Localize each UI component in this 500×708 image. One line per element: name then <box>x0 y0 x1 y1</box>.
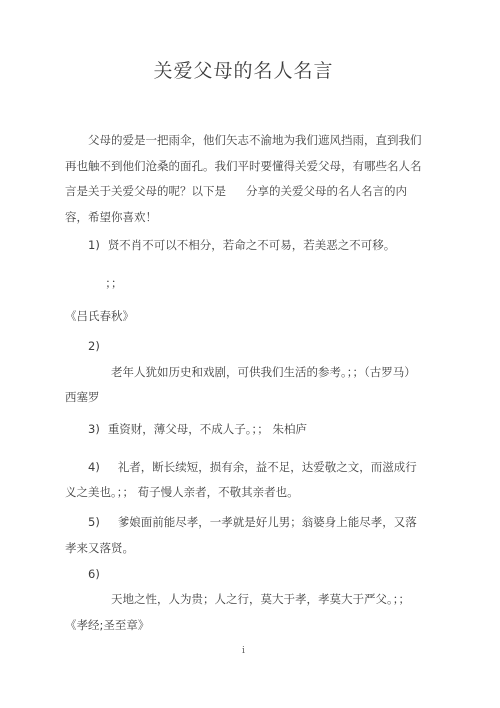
item-number-3: 3) <box>88 422 100 436</box>
document-page: 关爱父母的名人名言 父母的爱是一把雨伞，他们矢志不渝地为我们遮风挡雨，直到我们再… <box>0 0 500 708</box>
quote-text-1: 贤不肖不可以不相分，若命之不可易，若美恶之不可移。 <box>108 238 396 252</box>
quote-text-4: 礼者，断长续短，损有余，益不足，达爱敬之文，而滋成行义之美也。；； 荀子慢人亲者… <box>65 460 417 500</box>
page-number: i <box>65 645 422 657</box>
quote-text-6: 天地之性，人为贵；人之行，莫大于孝，孝莫大于严父。；；《孝经;圣至章》 <box>65 587 422 638</box>
quote-text-3: 重资财，薄父母，不成人子。；； 朱柏庐 <box>108 422 307 436</box>
item-number-4: 4) <box>88 460 100 474</box>
quote-item-4: 4)礼者，断长续短，损有余，益不足，达爱敬之文，而滋成行义之美也。；； 荀子慢人… <box>65 455 422 506</box>
intro-paragraph: 父母的爱是一把雨伞，他们矢志不渝地为我们遮风挡雨，直到我们再也触不到他们沧桑的面… <box>65 128 422 231</box>
quote-text-5: 爹娘面前能尽孝，一孝就是好儿男；翁婆身上能尽孝，又落孝来又落贤。 <box>65 515 417 555</box>
item-number-1: 1) <box>88 238 100 252</box>
document-title: 关爱父母的名人名言 <box>65 57 422 86</box>
quote-item-1: 1)贤不肖不可以不相分，若命之不可易，若美恶之不可移。 <box>65 233 422 259</box>
quote-item-3: 3)重资财，薄父母，不成人子。；； 朱柏庐 <box>65 417 422 443</box>
quote-item-5: 5)爹娘面前能尽孝，一孝就是好儿男；翁婆身上能尽孝，又落孝来又落贤。 <box>65 510 422 561</box>
quote-text-2: 老年人犹如历史和戏剧，可供我们生活的参考。；；（古罗马）西塞罗 <box>65 360 422 411</box>
item-number-5: 5) <box>88 515 100 529</box>
item-number-2: 2) <box>65 334 422 360</box>
item-number-6: 6) <box>65 562 422 588</box>
separator-marks: ；； <box>65 271 422 297</box>
quote-source-lvshichunqiu: 《吕氏春秋》 <box>65 304 422 330</box>
